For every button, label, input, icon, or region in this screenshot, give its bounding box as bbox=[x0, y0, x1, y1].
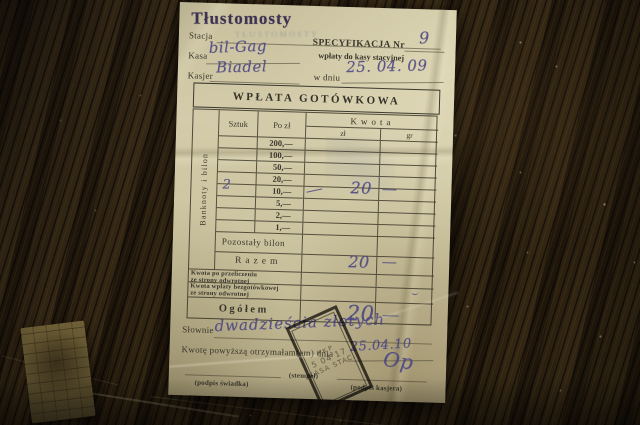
rubber-stamp-line3: KASA STAC. bbox=[308, 351, 358, 379]
spec-number-line bbox=[405, 51, 445, 53]
col-header-po-zl: Po zł bbox=[258, 111, 307, 138]
table-cell bbox=[216, 208, 255, 221]
hand-razem-zl: 20 bbox=[348, 252, 370, 272]
kasjer-value-handwritten: Biadel bbox=[216, 57, 267, 76]
table-cell bbox=[377, 237, 435, 259]
slownie-label: Słownie bbox=[182, 324, 214, 335]
cashier-initials-handwritten: Op bbox=[382, 347, 415, 375]
kasa-label: Kasa bbox=[188, 50, 207, 61]
hand-sztuk-10: 2 bbox=[222, 177, 231, 192]
specyfikacja-label: SPECYFIKACJA Nr bbox=[313, 38, 406, 51]
row-pozostaly-bilon: Pozostały bilon bbox=[215, 232, 303, 255]
table-cell bbox=[219, 136, 258, 149]
witness-signature-line bbox=[185, 374, 281, 378]
rubber-stamp-text: PKP 5 04 17 KASA STAC. bbox=[301, 336, 358, 380]
kasa-value-handwritten: bil-Gag bbox=[208, 37, 267, 57]
date-line bbox=[342, 82, 444, 84]
col-header-sztuk: Sztuk bbox=[219, 110, 259, 137]
spec-number-handwritten: 9 bbox=[419, 28, 430, 47]
photo-of-cash-deposit-form: { "form": { "station_stamp": "Tłustomost… bbox=[0, 0, 640, 425]
dust-specks bbox=[0, 0, 1, 1]
station-name-stamp: Tłustomosty bbox=[191, 9, 292, 29]
deposit-form-paper: Tłustomosty TŁUSTOMOSTY Stacja SPECYFIKA… bbox=[168, 2, 457, 403]
table-cell bbox=[376, 288, 433, 305]
kasjer-label: Kasjer bbox=[188, 70, 214, 81]
rubber-stamp-line1: PKP bbox=[301, 336, 351, 364]
side-label: Banknoty i bilon bbox=[198, 153, 209, 226]
witness-signature-label: (podpis świadka) bbox=[194, 379, 248, 389]
date-value-handwritten: 25. 04. 09 bbox=[346, 56, 428, 76]
rubber-stamp-line2: 5 04 17 bbox=[304, 343, 354, 372]
hand-kwota-10-zl: 20 bbox=[350, 178, 372, 198]
date-label: w dniu bbox=[314, 72, 341, 83]
background-paper-form bbox=[20, 320, 95, 423]
cash-table: Banknoty i bilon Sztuk Po zł Kwota zł gr… bbox=[187, 108, 438, 325]
row-bezgotowkowa-line2: ze strony odwrotnej bbox=[190, 289, 249, 298]
table-cell bbox=[377, 257, 435, 277]
